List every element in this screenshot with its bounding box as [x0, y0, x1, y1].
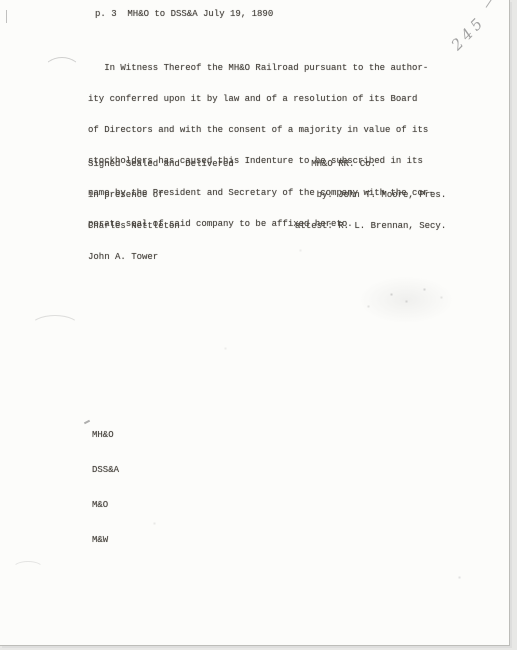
- scanned-document-page: p. 3 MH&O to DSS&A July 19, 1890 245 In …: [0, 0, 517, 650]
- witness-line: Charles Nettleton: [88, 221, 234, 231]
- paragraph-line: ity conferred upon it by law and of a re…: [88, 94, 434, 104]
- speckle-noise: [0, 0, 1, 1]
- abbreviation-item: MH&O: [92, 430, 119, 442]
- company-signature-block: MH&O RR. Co. by: John T. Moore, Pres. at…: [295, 138, 446, 252]
- smudge-mark: [358, 276, 454, 324]
- company-line: attest: R. L. Brennan, Secy.: [295, 221, 446, 231]
- edge-scratch-mark: [6, 10, 7, 23]
- abbreviation-item: M&W: [92, 535, 119, 547]
- paragraph-line: of Directors and with the consent of a m…: [88, 125, 434, 135]
- pencil-arc-mark: [30, 315, 80, 339]
- company-line: by: John T. Moore, Pres.: [295, 190, 446, 200]
- witness-line: in presence of: [88, 190, 234, 200]
- witness-line: John A. Tower: [88, 252, 234, 262]
- witness-line: Signed Sealed and Delivered: [88, 159, 234, 169]
- pencil-arc-mark: [43, 57, 81, 85]
- company-line: MH&O RR. Co.: [295, 159, 446, 169]
- witness-signature-block: Signed Sealed and Delivered in presence …: [88, 138, 234, 284]
- abbreviation-item: DSS&A: [92, 465, 119, 477]
- index-abbreviation-list: MH&O DSS&A M&O M&W: [92, 407, 119, 569]
- page-header-line: p. 3 MH&O to DSS&A July 19, 1890: [95, 9, 273, 19]
- pencil-arc-mark: [12, 561, 44, 577]
- abbreviation-item: M&O: [92, 500, 119, 512]
- paragraph-line: In Witness Thereof the MH&O Railroad pur…: [88, 63, 434, 73]
